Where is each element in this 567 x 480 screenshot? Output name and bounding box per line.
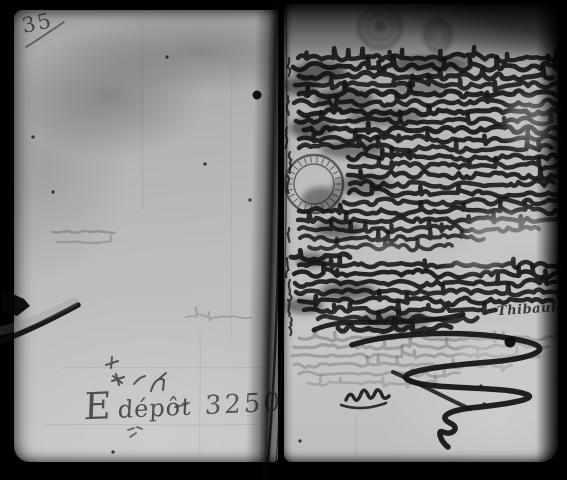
shelfmark-series: E (83, 384, 112, 428)
right-page (284, 4, 558, 462)
shelfmark-word: dépôt (117, 393, 192, 424)
shelfmark-label: Edépôt3250 (83, 377, 284, 429)
shelfmark-number: 3250 (204, 388, 283, 421)
scan-canvas: 35 Edépôt3250 Thibault (0, 0, 567, 480)
